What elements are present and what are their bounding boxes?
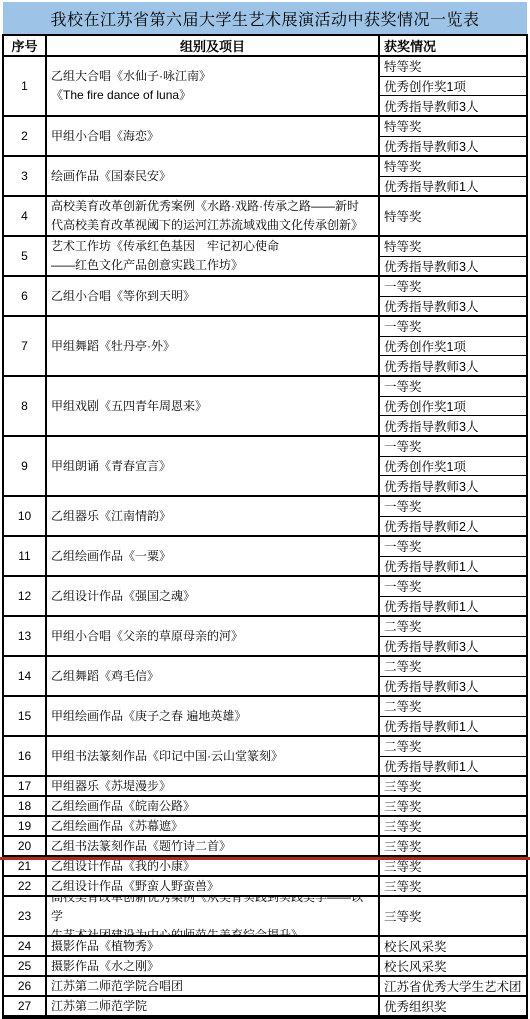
row-awards: 校长风采奖 bbox=[380, 937, 526, 955]
row-awards: 一等奖优秀创作奖1项优秀指导教师3人 bbox=[380, 377, 526, 435]
row-index: 19 bbox=[4, 817, 47, 835]
table-row: 20乙组书法篆刻作品《题竹诗二首》三等奖 bbox=[4, 837, 526, 857]
award-item: 校长风采奖 bbox=[380, 937, 526, 955]
row-awards: 二等奖优秀指导教师1人 bbox=[380, 697, 526, 735]
award-item: 优秀创作奖1项 bbox=[380, 457, 526, 477]
row-project: 乙组绘画作品《一粟》 bbox=[47, 537, 380, 575]
row-awards: 三等奖 bbox=[380, 817, 526, 835]
row-awards: 特等奖优秀创作奖1项优秀指导教师3人 bbox=[380, 57, 526, 115]
awards-table: 序号 组别及项目 获奖情况 1乙组大合唱《水仙子·咏江南》 《The fire … bbox=[2, 34, 528, 1018]
row-project: 甲组书法篆刻作品《印记中国·云山堂篆刻》 bbox=[47, 737, 380, 775]
award-item: 优秀指导教师2人 bbox=[380, 517, 526, 536]
table-row: 21乙组设计作品《我的小康》三等奖 bbox=[4, 857, 526, 877]
row-index: 11 bbox=[4, 537, 47, 575]
row-awards: 三等奖 bbox=[380, 897, 526, 935]
row-index: 17 bbox=[4, 777, 47, 795]
row-project: 乙组舞蹈《鸡毛信》 bbox=[47, 657, 380, 695]
table-row: 2甲组小合唱《海恋》特等奖优秀指导教师3人 bbox=[4, 117, 526, 157]
row-project: 乙组绘画作品《苏幕遮》 bbox=[47, 817, 380, 835]
row-index: 4 bbox=[4, 197, 47, 235]
row-index: 8 bbox=[4, 377, 47, 435]
table-title: 我校在江苏省第六届大学生艺术展演活动中获奖情况一览表 bbox=[3, 2, 527, 34]
row-awards: 三等奖 bbox=[380, 877, 526, 895]
header-project: 组别及项目 bbox=[47, 36, 380, 55]
row-awards: 特等奖 bbox=[380, 197, 526, 235]
award-item: 二等奖 bbox=[380, 617, 526, 637]
award-item: 三等奖 bbox=[380, 837, 526, 855]
row-awards: 特等奖优秀指导教师3人 bbox=[380, 237, 526, 275]
award-item: 三等奖 bbox=[380, 797, 526, 815]
row-awards: 优秀组织奖 bbox=[380, 997, 526, 1015]
row-index: 27 bbox=[4, 997, 47, 1015]
table-row: 22乙组设计作品《野蛮人野蛮兽》三等奖 bbox=[4, 877, 526, 897]
row-index: 13 bbox=[4, 617, 47, 655]
row-awards: 二等奖优秀指导教师3人 bbox=[380, 657, 526, 695]
award-item: 优秀指导教师3人 bbox=[380, 257, 526, 276]
row-project: 江苏第二师范学院合唱团 bbox=[47, 977, 380, 995]
award-item: 优秀创作奖1项 bbox=[380, 397, 526, 417]
table-row: 7甲组舞蹈《牡丹亭·外》一等奖优秀创作奖1项优秀指导教师3人 bbox=[4, 317, 526, 377]
award-item: 优秀指导教师3人 bbox=[380, 476, 526, 495]
table-row: 19乙组绘画作品《苏幕遮》三等奖 bbox=[4, 817, 526, 837]
row-project: 江苏第二师范学院 bbox=[47, 997, 380, 1015]
row-awards: 特等奖优秀指导教师1人 bbox=[380, 157, 526, 195]
row-index: 6 bbox=[4, 277, 47, 315]
award-item: 二等奖 bbox=[380, 697, 526, 717]
table-row: 10乙组器乐《江南情韵》一等奖优秀指导教师2人 bbox=[4, 497, 526, 537]
table-row: 15甲组绘画作品《庚子之春 遍地英雄》二等奖优秀指导教师1人 bbox=[4, 697, 526, 737]
row-project: 艺术工作坊《传承红色基因 牢记初心使命 ——红色文化产品创意实践工作坊》 bbox=[47, 237, 380, 275]
award-item: 三等奖 bbox=[380, 897, 526, 935]
award-item: 一等奖 bbox=[380, 497, 526, 517]
row-project: 绘画作品《国泰民安》 bbox=[47, 157, 380, 195]
row-awards: 校长风采奖 bbox=[380, 957, 526, 975]
award-item: 三等奖 bbox=[380, 817, 526, 835]
table-row: 3绘画作品《国泰民安》特等奖优秀指导教师1人 bbox=[4, 157, 526, 197]
award-item: 二等奖 bbox=[380, 657, 526, 677]
row-awards: 三等奖 bbox=[380, 777, 526, 795]
award-item: 优秀创作奖1项 bbox=[380, 77, 526, 97]
row-index: 9 bbox=[4, 437, 47, 495]
table-header-row: 序号 组别及项目 获奖情况 bbox=[4, 36, 526, 57]
row-awards: 一等奖优秀创作奖1项优秀指导教师3人 bbox=[380, 437, 526, 495]
row-index: 7 bbox=[4, 317, 47, 375]
row-awards: 一等奖优秀指导教师1人 bbox=[380, 577, 526, 615]
table-row: 1乙组大合唱《水仙子·咏江南》 《The fire dance of luna》… bbox=[4, 57, 526, 117]
award-item: 一等奖 bbox=[380, 537, 526, 557]
row-index: 2 bbox=[4, 117, 47, 155]
red-underline-annotation bbox=[0, 857, 530, 860]
table-row: 25摄影作品《水之刚》校长风采奖 bbox=[4, 957, 526, 977]
table-row: 17甲组器乐《苏堤漫步》三等奖 bbox=[4, 777, 526, 797]
row-awards: 二等奖优秀指导教师3人 bbox=[380, 617, 526, 655]
row-project: 高校美育改革创新优秀案例《从美育实践到实践美学——以学 生艺术社团建设为中心的师… bbox=[47, 897, 380, 935]
row-project: 甲组戏剧《五四青年周恩来》 bbox=[47, 377, 380, 435]
table-row: 23高校美育改革创新优秀案例《从美育实践到实践美学——以学 生艺术社团建设为中心… bbox=[4, 897, 526, 937]
award-item: 优秀指导教师1人 bbox=[380, 757, 526, 776]
row-project: 乙组书法篆刻作品《题竹诗二首》 bbox=[47, 837, 380, 855]
award-item: 一等奖 bbox=[380, 317, 526, 337]
row-index: 24 bbox=[4, 937, 47, 955]
row-index: 15 bbox=[4, 697, 47, 735]
award-item: 江苏省优秀大学生艺术团 bbox=[380, 977, 526, 995]
row-index: 3 bbox=[4, 157, 47, 195]
award-item: 优秀指导教师3人 bbox=[380, 137, 526, 156]
award-item: 优秀指导教师3人 bbox=[380, 677, 526, 696]
award-item: 一等奖 bbox=[380, 377, 526, 397]
award-item: 一等奖 bbox=[380, 277, 526, 297]
row-index: 23 bbox=[4, 897, 47, 935]
award-item: 特等奖 bbox=[380, 57, 526, 77]
row-index: 22 bbox=[4, 877, 47, 895]
award-item: 优秀指导教师3人 bbox=[380, 637, 526, 656]
table-row: 4高校美育改革创新优秀案例《水路·戏路·传承之路——新时 代高校美育改革视阈下的… bbox=[4, 197, 526, 237]
award-item: 特等奖 bbox=[380, 237, 526, 257]
table-row: 9甲组朗诵《青春宣言》一等奖优秀创作奖1项优秀指导教师3人 bbox=[4, 437, 526, 497]
row-index: 18 bbox=[4, 797, 47, 815]
row-index: 20 bbox=[4, 837, 47, 855]
row-project: 乙组设计作品《野蛮人野蛮兽》 bbox=[47, 877, 380, 895]
award-item: 优秀组织奖 bbox=[380, 997, 526, 1015]
row-project: 摄影作品《水之刚》 bbox=[47, 957, 380, 975]
row-project: 乙组大合唱《水仙子·咏江南》 《The fire dance of luna》 bbox=[47, 57, 380, 115]
award-item: 特等奖 bbox=[380, 157, 526, 177]
row-index: 25 bbox=[4, 957, 47, 975]
row-index: 10 bbox=[4, 497, 47, 535]
table-row: 16甲组书法篆刻作品《印记中国·云山堂篆刻》二等奖优秀指导教师1人 bbox=[4, 737, 526, 777]
table-body: 1乙组大合唱《水仙子·咏江南》 《The fire dance of luna》… bbox=[4, 57, 526, 1017]
award-item: 校长风采奖 bbox=[380, 957, 526, 975]
table-row: 14乙组舞蹈《鸡毛信》二等奖优秀指导教师3人 bbox=[4, 657, 526, 697]
row-project: 高校美育改革创新优秀案例《水路·戏路·传承之路——新时 代高校美育改革视阈下的运… bbox=[47, 197, 380, 235]
row-index: 14 bbox=[4, 657, 47, 695]
row-project: 乙组设计作品《强国之魂》 bbox=[47, 577, 380, 615]
award-item: 特等奖 bbox=[380, 197, 526, 235]
row-awards: 一等奖优秀指导教师3人 bbox=[380, 277, 526, 315]
row-project: 甲组小合唱《父亲的草原母亲的河》 bbox=[47, 617, 380, 655]
row-project: 乙组器乐《江南情韵》 bbox=[47, 497, 380, 535]
row-project: 乙组小合唱《等你到天明》 bbox=[47, 277, 380, 315]
table-row: 5艺术工作坊《传承红色基因 牢记初心使命 ——红色文化产品创意实践工作坊》特等奖… bbox=[4, 237, 526, 277]
award-item: 优秀指导教师3人 bbox=[380, 356, 526, 375]
row-project: 甲组小合唱《海恋》 bbox=[47, 117, 380, 155]
row-project: 甲组舞蹈《牡丹亭·外》 bbox=[47, 317, 380, 375]
row-project: 乙组绘画作品《皖南公路》 bbox=[47, 797, 380, 815]
table-row: 8甲组戏剧《五四青年周恩来》一等奖优秀创作奖1项优秀指导教师3人 bbox=[4, 377, 526, 437]
table-row: 13甲组小合唱《父亲的草原母亲的河》二等奖优秀指导教师3人 bbox=[4, 617, 526, 657]
row-project: 甲组朗诵《青春宣言》 bbox=[47, 437, 380, 495]
row-awards: 二等奖优秀指导教师1人 bbox=[380, 737, 526, 775]
award-item: 三等奖 bbox=[380, 777, 526, 795]
table-row: 24摄影作品《植物秀》校长风采奖 bbox=[4, 937, 526, 957]
row-index: 26 bbox=[4, 977, 47, 995]
award-item: 优秀指导教师3人 bbox=[380, 416, 526, 435]
table-row: 26江苏第二师范学院合唱团江苏省优秀大学生艺术团 bbox=[4, 977, 526, 997]
table-row: 6乙组小合唱《等你到天明》一等奖优秀指导教师3人 bbox=[4, 277, 526, 317]
award-item: 一等奖 bbox=[380, 437, 526, 457]
row-awards: 特等奖优秀指导教师3人 bbox=[380, 117, 526, 155]
row-awards: 三等奖 bbox=[380, 797, 526, 815]
table-row: 18乙组绘画作品《皖南公路》三等奖 bbox=[4, 797, 526, 817]
award-item: 三等奖 bbox=[380, 877, 526, 895]
table-row: 27江苏第二师范学院优秀组织奖 bbox=[4, 997, 526, 1017]
table-row: 11乙组绘画作品《一粟》一等奖优秀指导教师1人 bbox=[4, 537, 526, 577]
award-item: 优秀指导教师1人 bbox=[380, 177, 526, 196]
table-row: 12乙组设计作品《强国之魂》一等奖优秀指导教师1人 bbox=[4, 577, 526, 617]
award-item: 一等奖 bbox=[380, 577, 526, 597]
award-item: 优秀指导教师1人 bbox=[380, 597, 526, 616]
header-index: 序号 bbox=[4, 36, 47, 55]
row-awards: 一等奖优秀指导教师2人 bbox=[380, 497, 526, 535]
row-project: 甲组绘画作品《庚子之春 遍地英雄》 bbox=[47, 697, 380, 735]
award-item: 二等奖 bbox=[380, 737, 526, 757]
award-item: 优秀指导教师1人 bbox=[380, 557, 526, 576]
award-item: 特等奖 bbox=[380, 117, 526, 137]
row-awards: 一等奖优秀指导教师1人 bbox=[380, 537, 526, 575]
row-index: 5 bbox=[4, 237, 47, 275]
row-index: 1 bbox=[4, 57, 47, 115]
row-project: 甲组器乐《苏堤漫步》 bbox=[47, 777, 380, 795]
row-index: 12 bbox=[4, 577, 47, 615]
award-item: 优秀指导教师1人 bbox=[380, 717, 526, 736]
row-awards: 江苏省优秀大学生艺术团 bbox=[380, 977, 526, 995]
award-item: 优秀指导教师3人 bbox=[380, 297, 526, 316]
award-item: 优秀创作奖1项 bbox=[380, 337, 526, 357]
row-awards: 一等奖优秀创作奖1项优秀指导教师3人 bbox=[380, 317, 526, 375]
award-item: 优秀指导教师3人 bbox=[380, 96, 526, 115]
row-project: 摄影作品《植物秀》 bbox=[47, 937, 380, 955]
header-awards: 获奖情况 bbox=[380, 36, 526, 55]
row-awards: 三等奖 bbox=[380, 837, 526, 855]
row-index: 16 bbox=[4, 737, 47, 775]
